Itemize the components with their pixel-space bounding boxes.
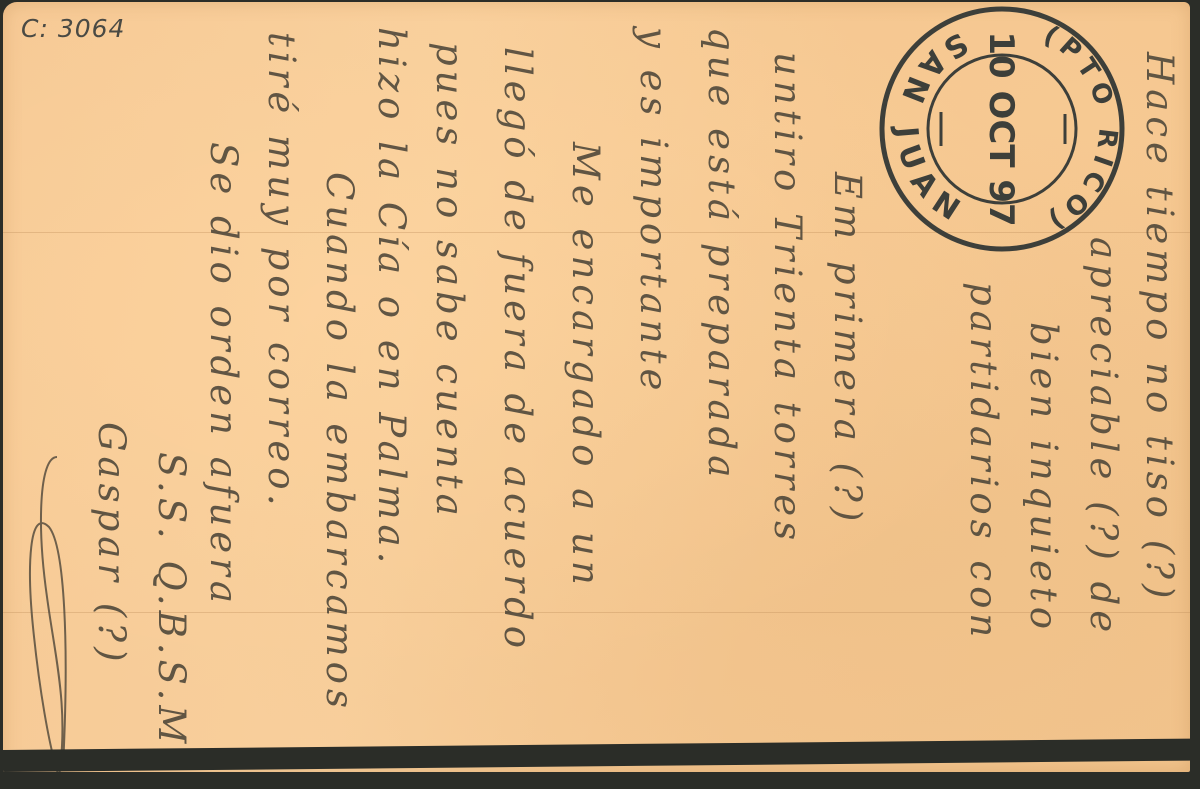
letter-closing: S.S. Q.B.S.M. [150,452,193,765]
svg-text:SAN JUAN: SAN JUAN [888,25,974,233]
letter-line: apreciable (?) de [1082,237,1125,637]
letter-line: Hace tiempo no tiso (?) [1138,52,1181,603]
svg-text:(PTO RICO): (PTO RICO) [1038,20,1122,238]
letter-line: hizo la Cía o en Palma. [370,27,413,568]
letter-line: Cuando la embarcamos [318,172,361,713]
postmark-stamp: (PTO RICO) SAN JUAN 10 OCT 97 [877,4,1127,254]
postmark-city-text: SAN JUAN [888,25,974,233]
postcard-paper: C: 3064 (PTO RICO) SAN JUAN 10 OCT 97 [3,2,1190,772]
scanned-postcard: C: 3064 (PTO RICO) SAN JUAN 10 OCT 97 [0,0,1200,789]
letter-line: Me encargado a un [564,142,607,590]
postmark-date: 10 OCT 97 [981,31,1021,226]
letter-line: Em primera (?) [826,172,869,526]
signature-flourish-icon [19,447,79,772]
letter-signature: Gaspar (?) [90,422,133,667]
letter-line: bien inquieto [1022,322,1065,634]
letter-line: y es importante [632,27,675,395]
letter-line: tiré muy por correo. [260,32,303,511]
postmark-icon: (PTO RICO) SAN JUAN 10 OCT 97 [877,4,1127,254]
postmark-region-text: (PTO RICO) [1038,20,1122,238]
letter-line: pues no sabe cuenta [428,42,471,521]
letter-line: untiro Trienta torres [766,52,809,545]
letter-line: Se dio orden afuera [202,142,245,608]
letter-line: llegó de fuera de acuerdo [496,47,539,653]
letter-line: que está preparada [700,27,743,482]
catalog-number: C: 3064 [21,14,125,43]
letter-line: partidarios con [962,282,1005,642]
